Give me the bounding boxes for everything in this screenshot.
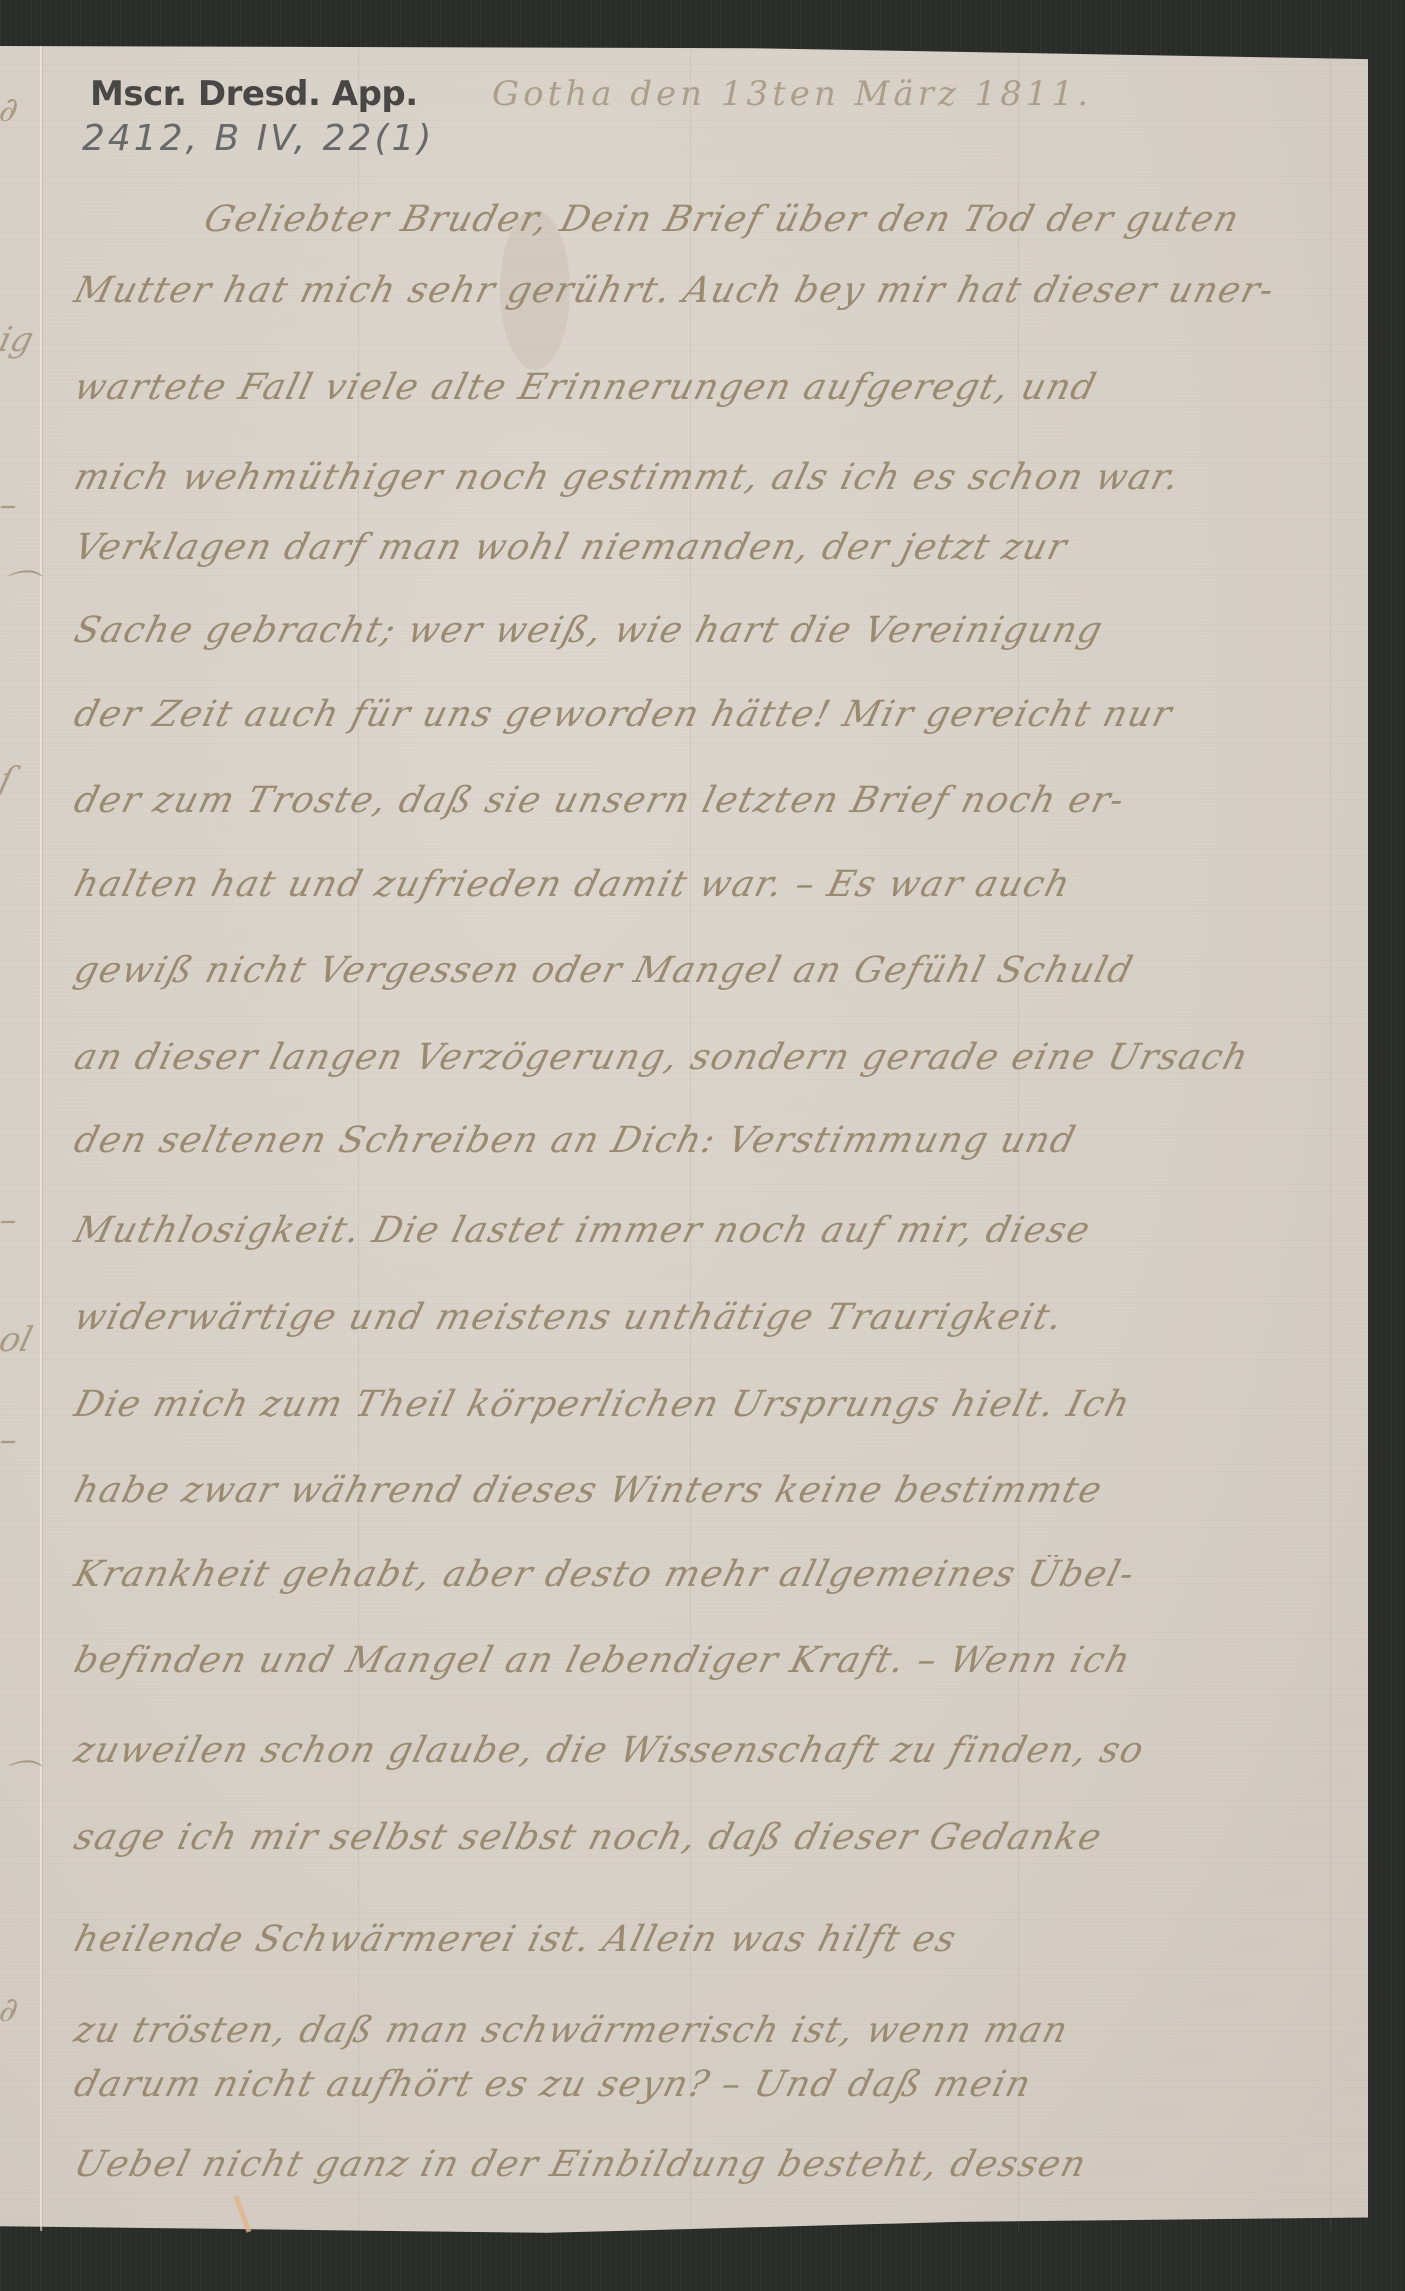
letter-line: sage ich mir selbst selbst noch, daß die… xyxy=(70,1818,1370,1858)
letter-line: Krankheit gehabt, aber desto mehr allgem… xyxy=(70,1555,1370,1595)
letter-dateline: Gotha den 13ten März 1811. xyxy=(492,74,1092,114)
letter-line: darum nicht aufhört es zu seyn? – Und da… xyxy=(70,2065,1370,2105)
letter-line: befinden und Mangel an lebendiger Kraft.… xyxy=(70,1641,1370,1681)
letter-line: Mutter hat mich sehr gerührt. Auch bey m… xyxy=(70,271,1370,311)
letter-line: Die mich zum Theil körperlichen Ursprung… xyxy=(70,1385,1370,1425)
letter-line: den seltenen Schreiben an Dich: Verstimm… xyxy=(70,1121,1370,1161)
letter-line: an dieser langen Verzögerung, sondern ge… xyxy=(70,1038,1370,1078)
letter-line: der Zeit auch für uns geworden hätte! Mi… xyxy=(70,695,1370,735)
letter-line: gewiß nicht Vergessen oder Mangel an Gef… xyxy=(70,951,1370,991)
pencil-shelfmark: 2412, B IV, 22(1) xyxy=(82,118,434,159)
letter-line: widerwärtige und meistens unthätige Trau… xyxy=(70,1298,1370,1338)
letter-line: zuweilen schon glaube, die Wissenschaft … xyxy=(70,1731,1370,1771)
letter-line: Muthlosigkeit. Die lastet immer noch auf… xyxy=(70,1211,1370,1251)
left-fold-line xyxy=(40,46,42,2231)
archive-stamp: Mscr. Dresd. App. xyxy=(90,74,418,114)
letter-line: wartete Fall viele alte Erinnerungen auf… xyxy=(70,368,1370,408)
letter-line: Sache gebracht; wer weiß, wie hart die V… xyxy=(70,611,1370,651)
letter-line: Geliebter Bruder, Dein Brief über den To… xyxy=(200,200,1370,240)
letter-line: habe zwar während dieses Winters keine b… xyxy=(70,1471,1370,1511)
letter-line: Verklagen darf man wohl niemanden, der j… xyxy=(70,528,1370,568)
letter-line: mich wehmüthiger noch gestimmt, als ich … xyxy=(70,458,1370,498)
letter-line: Uebel nicht ganz in der Einbildung beste… xyxy=(70,2145,1370,2185)
letter-line: zu trösten, daß man schwärmerisch ist, w… xyxy=(70,2011,1370,2051)
letter-line: heilende Schwärmerei ist. Allein was hil… xyxy=(70,1920,1370,1960)
letter-line: halten hat und zufrieden damit war. – Es… xyxy=(70,865,1370,905)
letter-line: der zum Troste, daß sie unsern letzten B… xyxy=(70,781,1370,821)
